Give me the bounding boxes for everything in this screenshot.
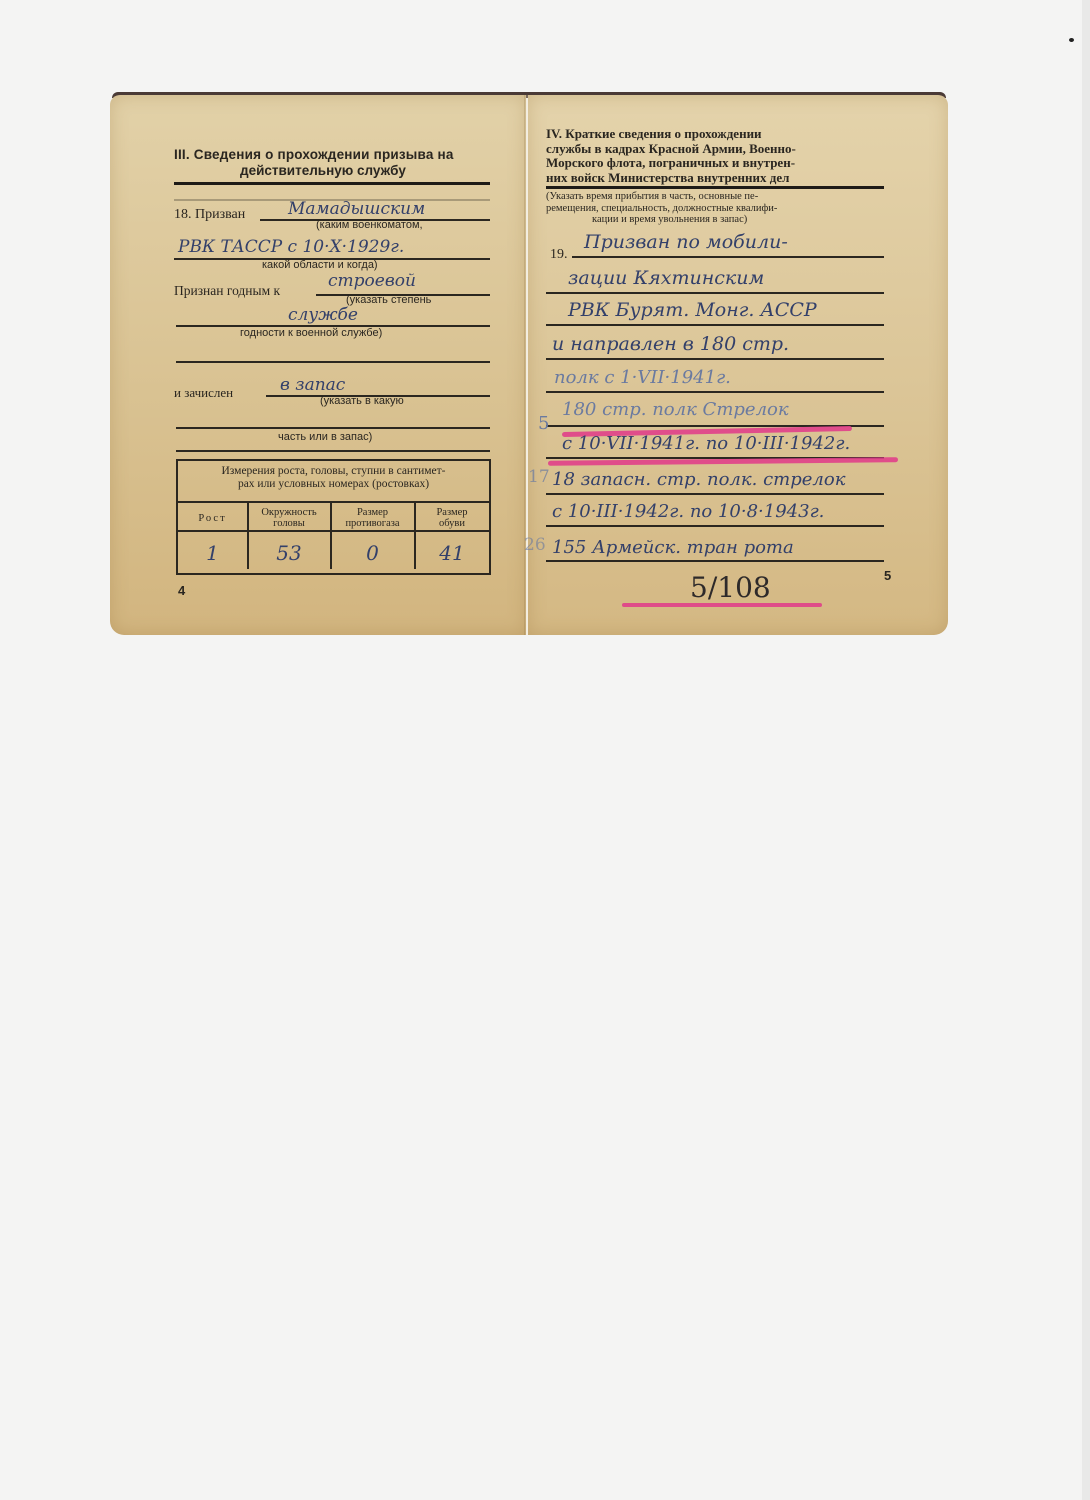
title-divider — [174, 182, 490, 185]
enrolled-handwritten: в запас — [280, 375, 345, 395]
scan-edge — [1082, 0, 1090, 1500]
margin-note-3: 26 — [524, 535, 546, 555]
field-18-handwritten-1: Мамадышским — [288, 199, 425, 219]
measurements-table: Измерения роста, головы, ступни в сантим… — [176, 459, 491, 575]
enrolled-hint-1: (указать в какую — [320, 395, 404, 407]
entry-line — [546, 324, 884, 326]
fitness-line-3 — [176, 361, 490, 363]
section-iv-divider — [546, 186, 884, 189]
section-iv-instruction: (Указать время прибытия в часть, основны… — [546, 191, 892, 226]
section-iii-title-line2: действительную службу — [240, 163, 406, 178]
scan-speck — [1069, 38, 1074, 42]
col-header-height: Рост — [178, 513, 247, 524]
service-entry-10: 155 Армейск. тран рота — [552, 537, 794, 558]
enrolled-hint-2: часть или в запас) — [278, 431, 372, 443]
entry-line — [546, 493, 884, 495]
service-entry-4: и направлен в 180 стр. — [552, 333, 789, 355]
col-header-head-circumference: Окружность головы — [248, 507, 330, 529]
table-divider-header — [178, 530, 489, 532]
fitness-handwritten-1: строевой — [328, 271, 416, 291]
service-entry-6: 180 стр. полк Стрелок — [562, 399, 789, 420]
value-height: 1 — [178, 541, 247, 565]
measurements-title-line1: Измерения роста, головы, ступни в сантим… — [178, 465, 489, 478]
entry-line — [546, 358, 884, 360]
enrolled-label: и зачислен — [174, 385, 233, 401]
fitness-hint-1: (указать степень — [346, 294, 431, 306]
value-shoe-size: 41 — [415, 541, 489, 565]
booklet-spread: III. Сведения о прохождении призыва на д… — [108, 92, 950, 638]
enrolled-line-3 — [176, 450, 490, 452]
margin-note-2: 17 — [528, 467, 550, 487]
field-18-hint-2: какой области и когда) — [262, 259, 378, 271]
value-head-circumference: 53 — [248, 541, 330, 565]
margin-note-1: 5 — [538, 413, 549, 434]
service-entry-9: с 10·III·1942г. по 10·8·1943г. — [552, 501, 824, 522]
service-entry-7: с 10·VII·1941г. по 10·III·1942г. — [562, 433, 850, 454]
enrolled-line-2 — [176, 427, 490, 429]
service-entry-8: 18 запасн. стр. полк. стрелок — [552, 469, 845, 490]
service-entry-5: полк с 1·VII·1941г. — [554, 367, 731, 388]
value-gas-mask-size: 0 — [331, 541, 414, 565]
page-number-right: 5 — [884, 568, 891, 583]
entry-line — [572, 256, 884, 258]
entry-line — [546, 292, 884, 294]
page-number-left: 4 — [178, 583, 185, 598]
entry-line — [546, 525, 884, 527]
section-iii-title-line1: III. Сведения о прохождении призыва на — [174, 147, 454, 162]
col-header-gas-mask-size: Размер противогаза — [331, 507, 414, 529]
entry-line — [546, 560, 884, 562]
service-entry-1: Призван по мобили- — [584, 231, 788, 253]
entry-line — [546, 391, 884, 393]
pink-underline-reference — [622, 603, 822, 607]
fitness-handwritten-2: службе — [288, 305, 358, 325]
measurements-title-line2: рах или условных номерах (ростовках) — [178, 478, 489, 491]
field-18-label: 18. Призван — [174, 207, 245, 223]
table-divider-top — [178, 501, 489, 503]
fitness-hint-2: годности к военной службе) — [240, 327, 382, 339]
service-entry-2: зации Кяхтинским — [568, 267, 764, 289]
left-page: III. Сведения о прохождении призыва на д… — [110, 95, 526, 635]
field-19-label: 19. — [550, 247, 568, 263]
field-18-handwritten-2: РВК ТАССР с 10·X·1929г. — [178, 237, 404, 257]
service-entry-3: РВК Бурят. Монг. АССР — [568, 299, 817, 321]
right-page: IV. Краткие сведения о прохождении служб… — [528, 95, 948, 635]
section-iv-title: IV. Краткие сведения о прохождении служб… — [546, 127, 892, 185]
measurements-title: Измерения роста, головы, ступни в сантим… — [178, 465, 489, 491]
col-header-shoe-size: Размер обуви — [415, 507, 489, 529]
fitness-label: Признан годным к — [174, 283, 280, 299]
archive-reference: 5/108 — [690, 571, 771, 604]
field-18-hint-1: (каким военкоматом, — [316, 219, 423, 231]
